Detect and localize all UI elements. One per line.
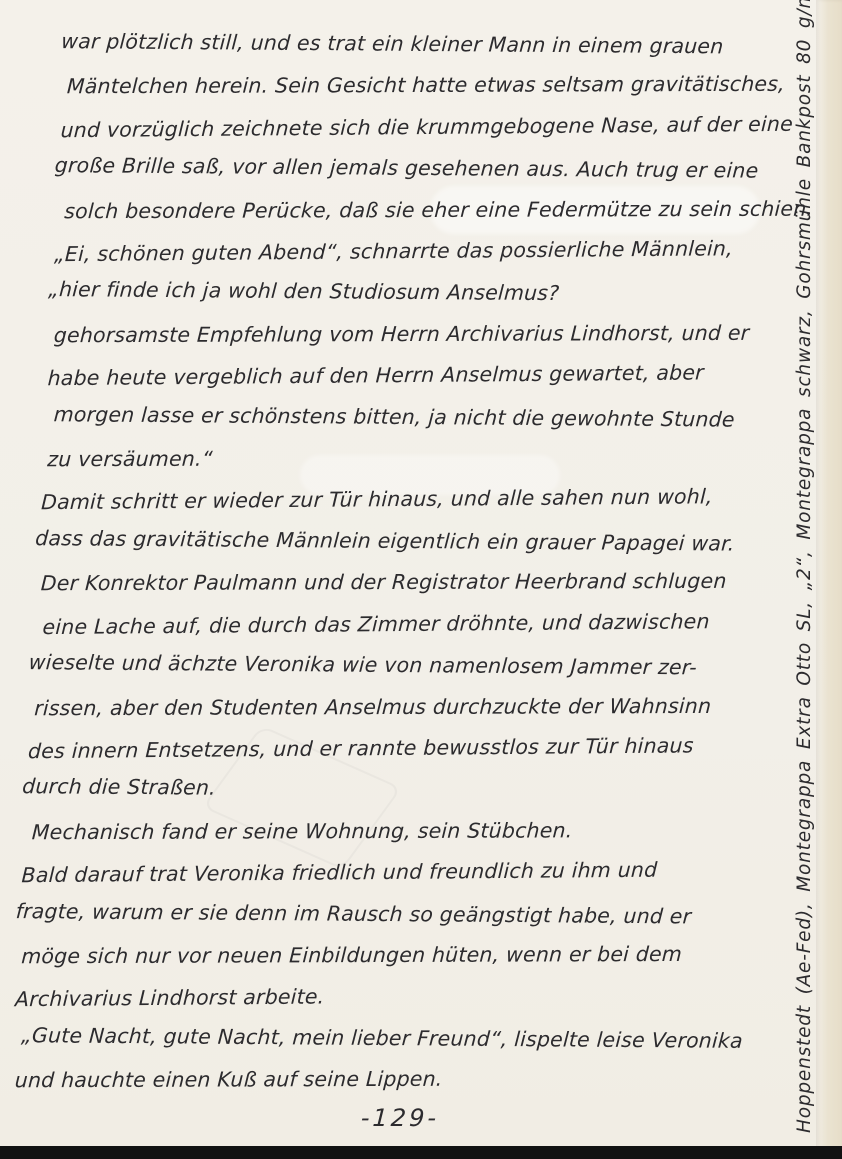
- manuscript-line: durch die Straßen.: [21, 766, 763, 813]
- page-number: -129-: [299, 1104, 500, 1132]
- manuscript-line: Der Konrektor Paulmann und der Registrat…: [32, 561, 774, 605]
- manuscript-line: und vorzüglich zeichnete sich die krummg…: [56, 104, 798, 152]
- manuscript-page: war plötzlich still, und es trat ein kle…: [0, 0, 842, 1159]
- manuscript-line: Damit schritt er wieder zur Tür hinaus, …: [36, 476, 778, 524]
- manuscript-text: war plötzlich still, und es trat ein kle…: [6, 24, 802, 1101]
- manuscript-line: und hauchte einen Kuß auf seine Lippen.: [6, 1058, 748, 1102]
- manuscript-line: „hier finde ich ja wohl den Studiosum An…: [47, 270, 789, 317]
- manuscript-line: „Gute Nacht, gute Nacht, mein lieber Fre…: [8, 1015, 750, 1062]
- scanner-bar: [0, 1146, 842, 1159]
- paper-edge: [816, 0, 842, 1159]
- manuscript-line: gehorsamste Empfehlung vom Herrn Archiva…: [45, 313, 787, 357]
- manuscript-line: zu versäumen.“: [38, 437, 780, 481]
- manuscript-line: Mäntelchen herein. Sein Gesicht hatte et…: [58, 64, 800, 108]
- manuscript-line: rissen, aber den Studenten Anselmus durc…: [25, 685, 767, 729]
- manuscript-line: Archivarius Lindhorst arbeite.: [10, 973, 752, 1021]
- manuscript-line: möge sich nur vor neuen Einbildungen hüt…: [12, 934, 754, 978]
- manuscript-line: morgen lasse er schönstens bitten, ja ni…: [41, 394, 783, 441]
- manuscript-line: war plötzlich still, und es trat ein kle…: [60, 21, 802, 68]
- manuscript-line: große Brille saß, vor allen jemals geseh…: [54, 145, 796, 192]
- manuscript-line: fragte, warum er sie denn im Rausch so g…: [14, 891, 756, 938]
- manuscript-line: Mechanisch fand er seine Wohnung, sein S…: [19, 809, 761, 853]
- manuscript-line: dass das gravitätische Männlein eigentli…: [34, 518, 776, 565]
- manuscript-line: des innern Entsetzens, und er rannte bew…: [23, 725, 765, 773]
- manuscript-line: habe heute vergeblich auf den Herrn Anse…: [43, 352, 785, 400]
- manuscript-line: eine Lache auf, die durch das Zimmer drö…: [30, 600, 772, 648]
- manuscript-line: solch besondere Perücke, daß sie eher ei…: [51, 188, 793, 232]
- manuscript-line: Bald darauf trat Veronika friedlich und …: [17, 849, 759, 897]
- manuscript-line: wieselte und ächzte Veronika wie von nam…: [27, 642, 769, 689]
- manuscript-line: „Ei, schönen guten Abend“, schnarrte das…: [49, 228, 791, 276]
